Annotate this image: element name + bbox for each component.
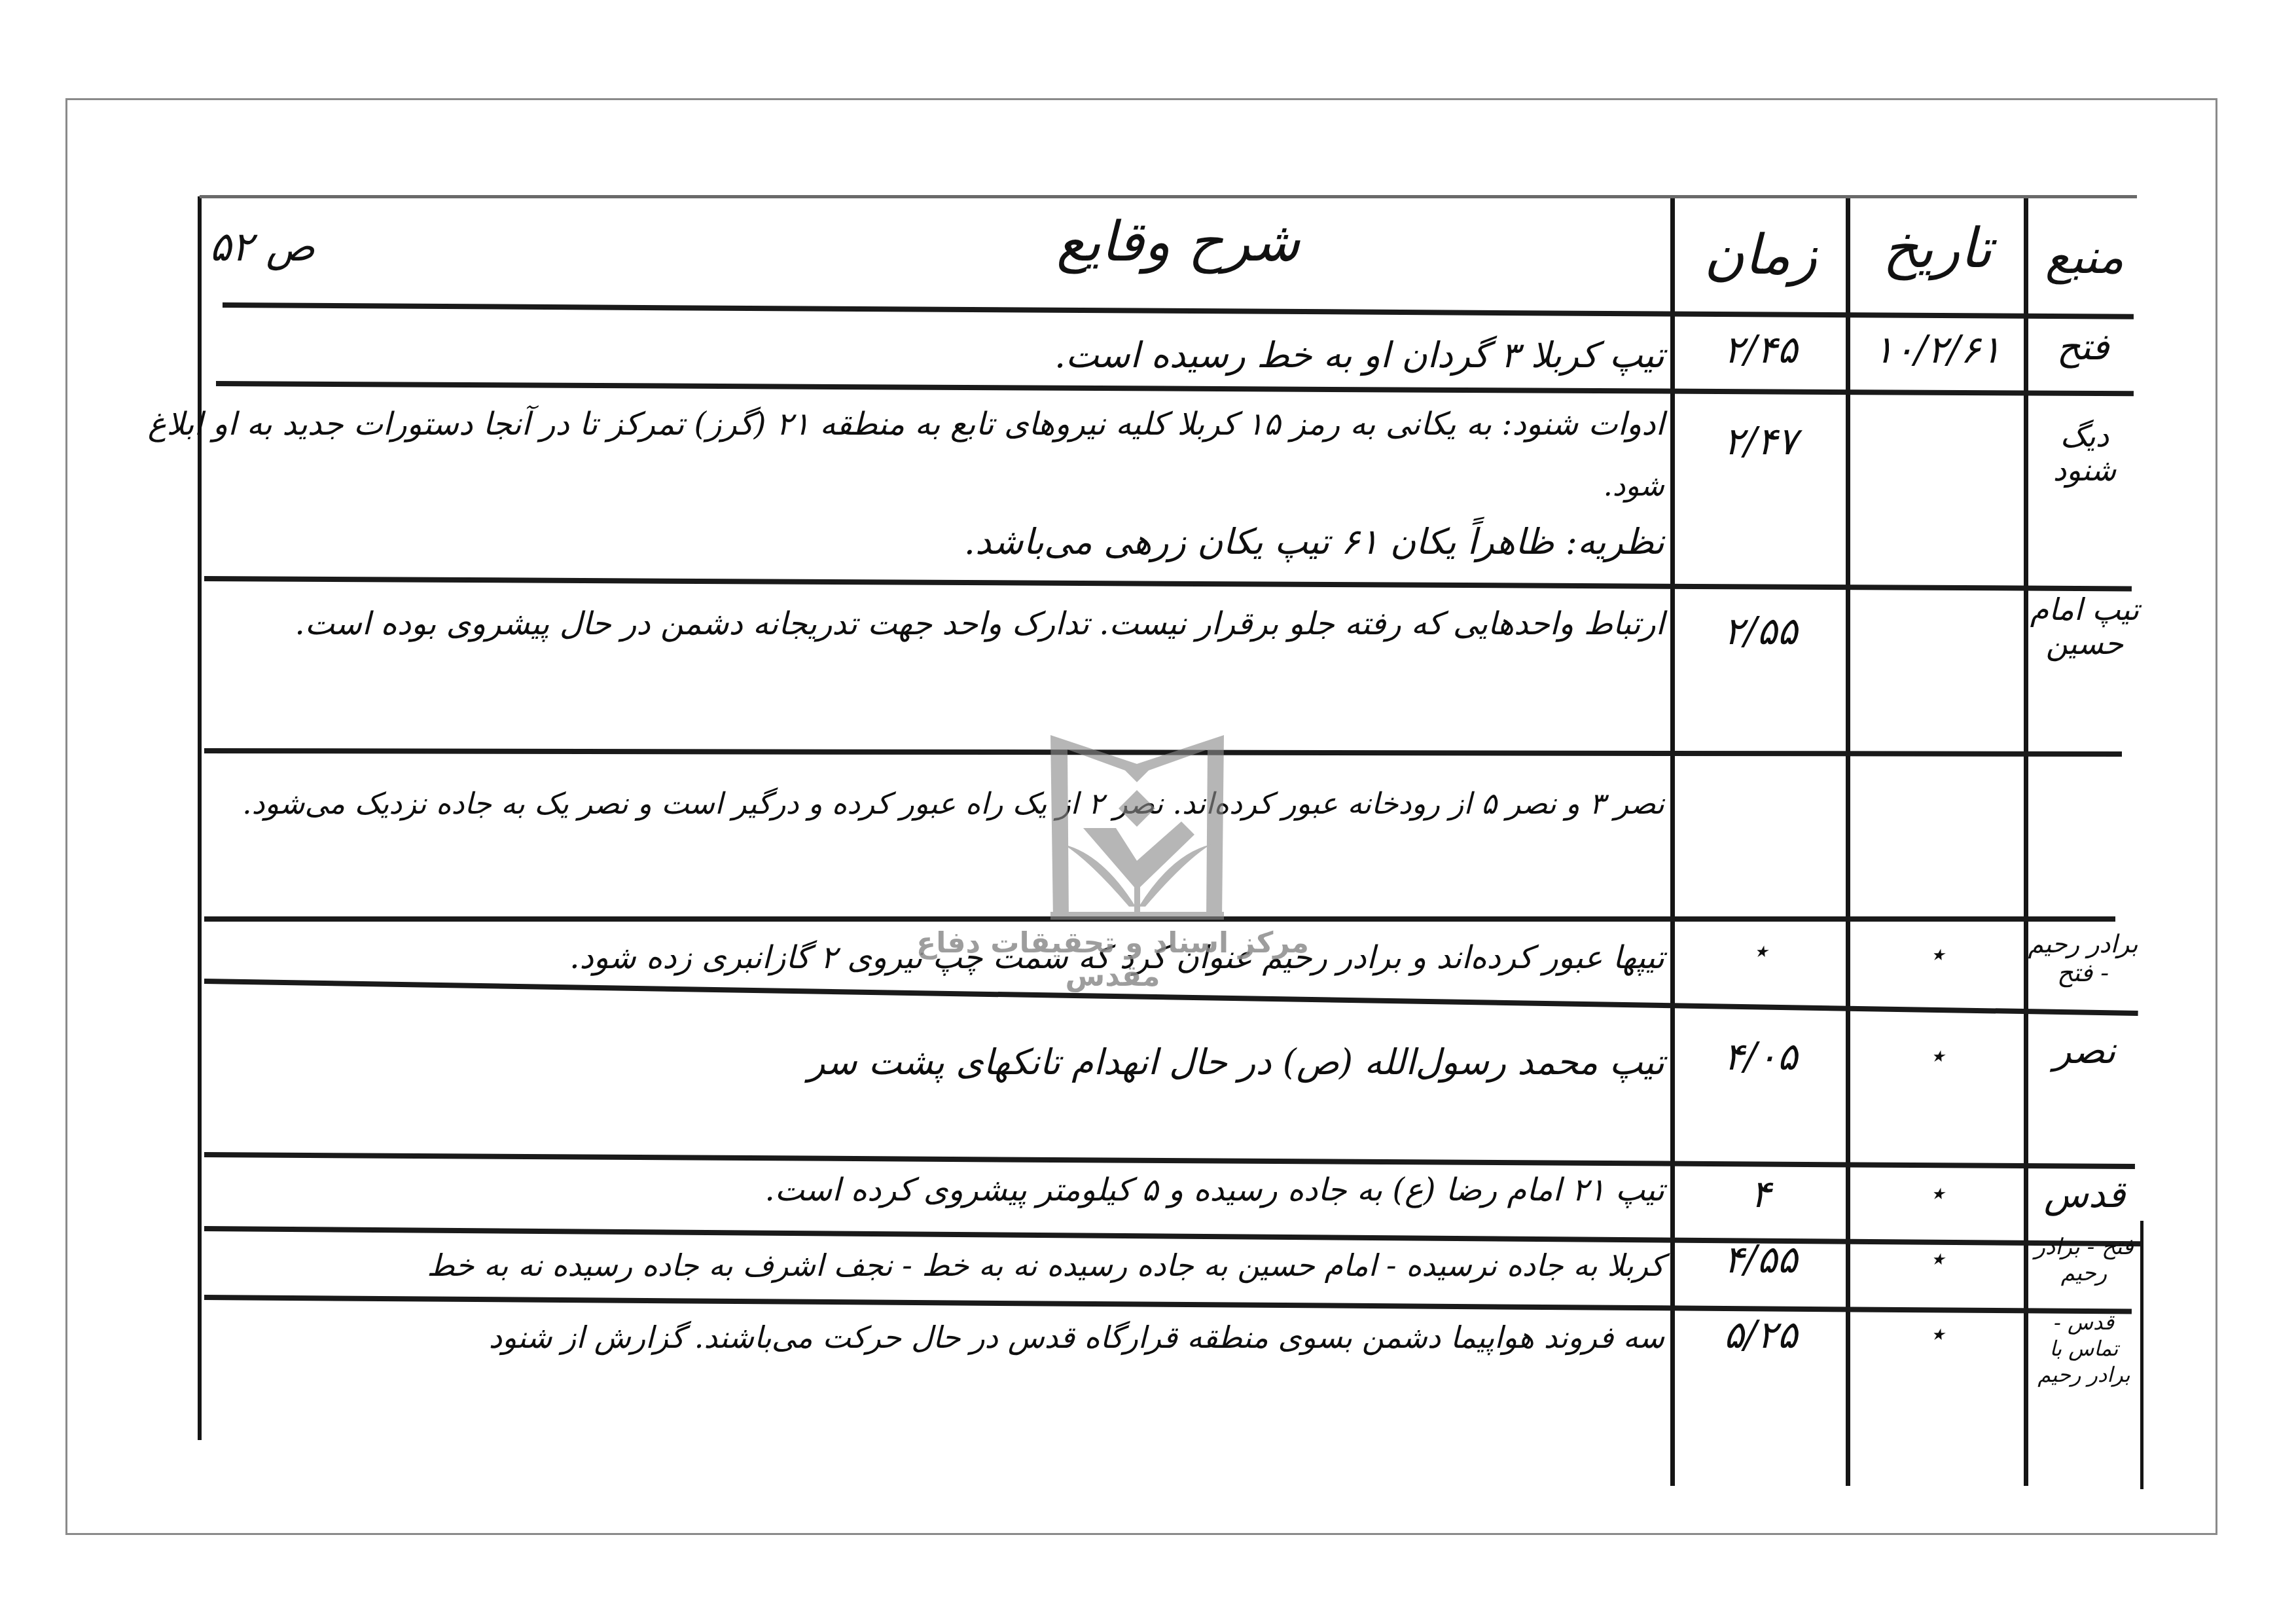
page-number: ص ۵۲ — [209, 223, 315, 270]
row-1-time: ۲/۴۵ — [1679, 327, 1842, 372]
table-left-border — [198, 196, 202, 1440]
row-2-source: دیگ شنود — [2029, 419, 2140, 487]
row-8-date: ٭ — [1852, 1244, 2022, 1274]
watermark-text: مرکز اسناد و تحقیقات دفاع مقدس — [864, 926, 1361, 993]
row-8-description: کربلا به جاده نرسیده - امام حسین به جاده… — [427, 1234, 1664, 1297]
row-3-description: ارتباط واحدهایی که رفته جلو برقرار نیست.… — [295, 592, 1664, 655]
row-7-date: ٭ — [1852, 1178, 2022, 1208]
row-2-time: ۲/۴۷ — [1679, 419, 1842, 463]
row-5-source: برادر رحیم - فتح — [2026, 929, 2140, 987]
row-6-description: تیپ محمد رسول‌الله (ص) در حال انهدام تان… — [808, 1031, 1664, 1094]
row-6-source: نصر — [2029, 1034, 2140, 1068]
row-9-date: ٭ — [1852, 1319, 2022, 1349]
row-1-date: ۱۰/۲/۶۱ — [1852, 327, 2022, 372]
row-2-description-line-1: ادوات شنود: به یکانی به رمز ۱۵ کربلا کلی… — [148, 393, 1664, 456]
row-9-time: ۵/۲۵ — [1679, 1312, 1842, 1357]
header-description: شرح وقایع — [982, 209, 1374, 274]
row-1-source: فتح — [2029, 331, 2137, 365]
row-7-time: ۴ — [1679, 1172, 1842, 1216]
header-time: زمان — [1679, 223, 1842, 287]
header-source: منبع — [2029, 229, 2140, 284]
row-2-description-line-3: نظریه: ظاهراً یکان ۶۱ تیپ یکان زرهی می‌ب… — [964, 511, 1664, 573]
row-5-time: ٭ — [1679, 936, 1842, 966]
row-7-source: قدس — [2029, 1178, 2140, 1212]
row-4-description: نصر ۳ و نصر ۵ از رودخانه عبور کرده‌اند. … — [242, 772, 1664, 835]
row-8-time: ۴/۵۵ — [1679, 1237, 1842, 1282]
row-3-source: تیپ امام حسین — [2029, 592, 2140, 660]
row-7-description: تیپ ۲۱ امام رضا (ع) به جاده رسیده و ۵ کی… — [765, 1159, 1664, 1221]
row-9-description: سه فروند هواپیما دشمن بسوی منطقه قرارگاه… — [489, 1306, 1664, 1369]
row-6-date: ٭ — [1852, 1041, 2022, 1071]
book-tree-logo-icon — [1044, 730, 1230, 923]
source-subdivider — [2140, 1221, 2144, 1489]
row-6-time: ۴/۰۵ — [1679, 1034, 1842, 1079]
row-9-source: قدس - تماس با برادر رحیم — [2028, 1309, 2140, 1388]
header-date: تاریخ — [1852, 216, 2022, 280]
table-top-border — [200, 195, 2137, 198]
row-5-date: ٭ — [1852, 939, 2022, 969]
row-2-description-line-2: شود. — [1604, 455, 1664, 518]
row-1-description: تیپ کربلا ۳ گردان او به خط رسیده است. — [1054, 324, 1664, 387]
row-8-source: فتح - برادر رحیم — [2028, 1234, 2140, 1286]
row-3-time: ۲/۵۵ — [1679, 609, 1842, 653]
